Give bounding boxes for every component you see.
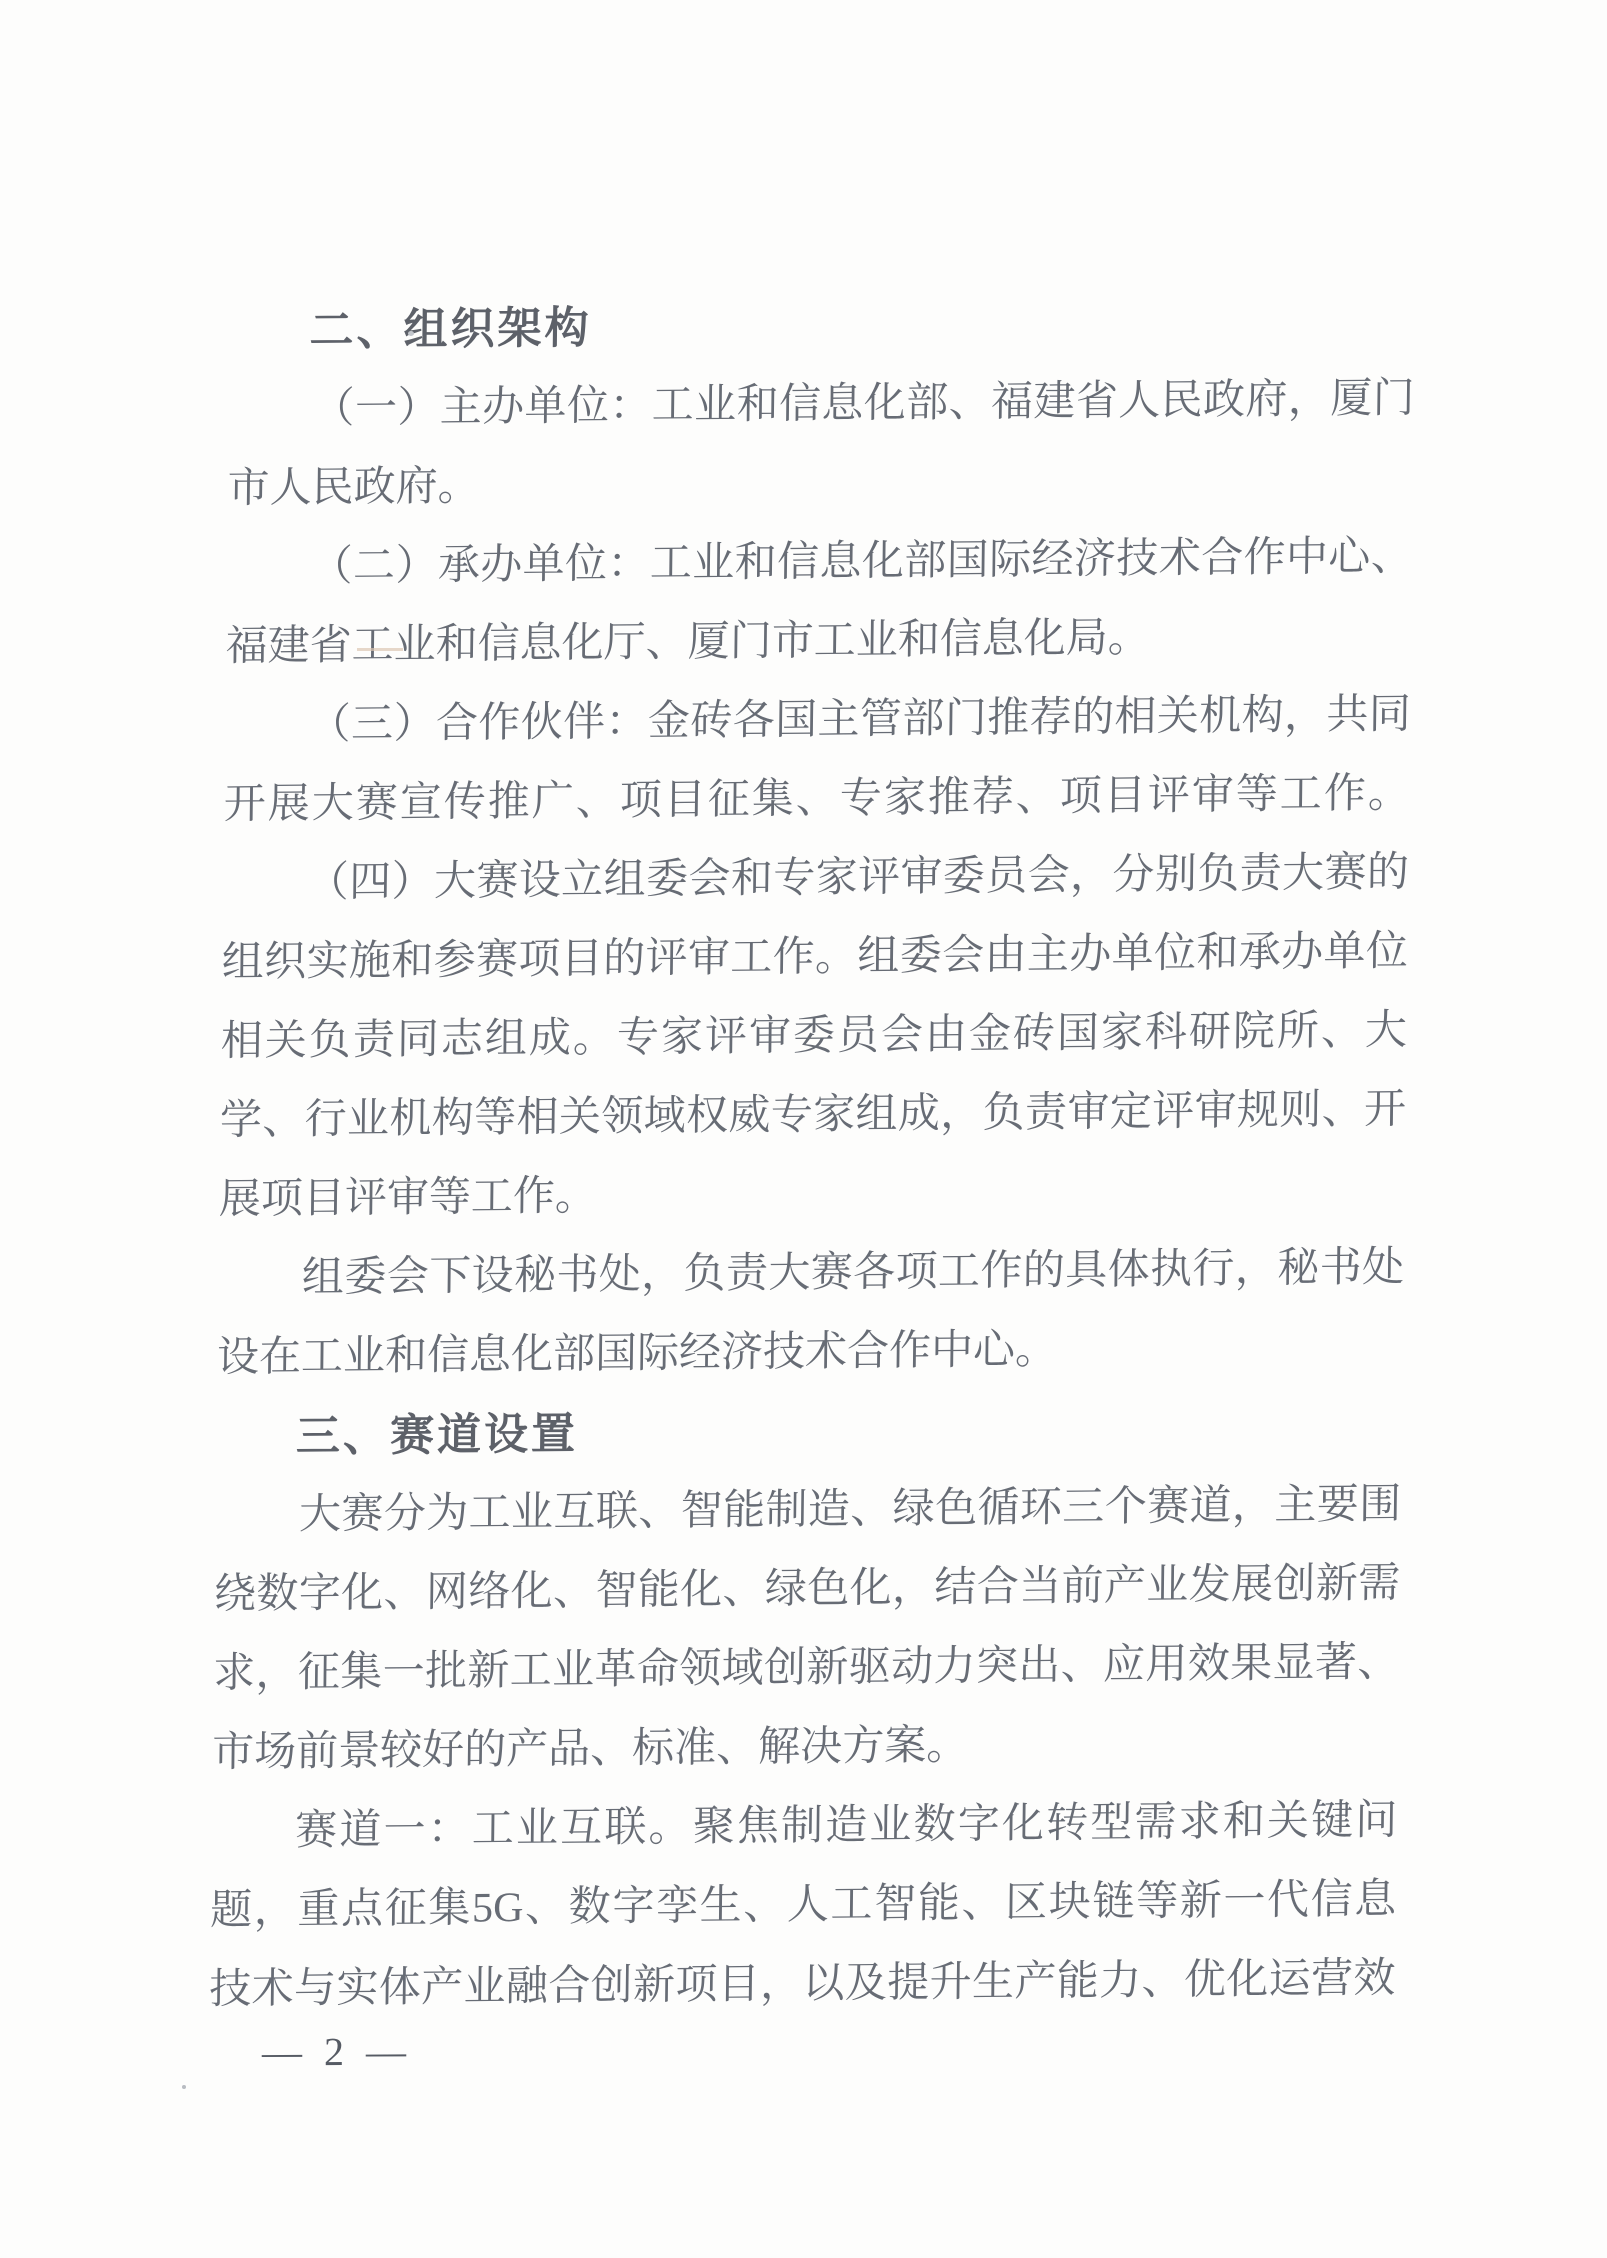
- text-line: 组织实施和参赛项目的评审工作。组委会由主办单位和承办单位: [221, 913, 1408, 1003]
- text-line: 市场前景较好的产品、标准、解决方案。: [212, 1703, 1399, 1793]
- document-body: 二、组织架构（一）主办单位：工业和信息化部、福建省人民政府，厦门市人民政府。（二…: [209, 281, 1416, 2030]
- text-line: 求，征集一批新工业革命领域创新驱动力突出、应用效果显著、: [213, 1624, 1400, 1714]
- scan-artifact-dot: [182, 2085, 186, 2089]
- text-line: 市人民政府。: [227, 439, 1414, 529]
- text-line: （二）承办单位：工业和信息化部国际经济技术合作中心、: [226, 518, 1413, 608]
- text-line: 赛道一：工业互联。聚焦制造业数字化转型需求和关键问: [211, 1782, 1398, 1872]
- section-heading: 三、赛道设置: [216, 1387, 1403, 1477]
- text-line: 设在工业和信息化部国际经济技术合作中心。: [216, 1308, 1403, 1398]
- text-line: 组委会下设秘书处，负责大赛各项工作的具体执行，秘书处: [217, 1229, 1404, 1319]
- text-line: 学、行业机构等相关领域权威专家组成，负责审定评审规则、开: [219, 1071, 1406, 1161]
- text-line: （三）合作伙伴：金砖各国主管部门推荐的相关机构，共同: [224, 676, 1411, 766]
- text-line: （四）大赛设立组委会和专家评审委员会，分别负责大赛的: [222, 834, 1409, 924]
- page-number: — 2 —: [262, 2028, 412, 2076]
- text-line: 福建省工业和信息化厅、厦门市工业和信息化局。: [225, 597, 1412, 687]
- text-line: （一）主办单位：工业和信息化部、福建省人民政府，厦门: [228, 360, 1415, 450]
- text-line: 相关负责同志组成。专家评审委员会由金砖国家科研院所、大: [220, 992, 1407, 1082]
- text-line: 开展大赛宣传推广、项目征集、专家推荐、项目评审等工作。: [223, 755, 1410, 845]
- text-line: 题，重点征集5G、数字孪生、人工智能、区块链等新一代信息: [210, 1861, 1397, 1951]
- scan-artifact-dot: [408, 331, 414, 336]
- text-line: 技术与实体产业融合创新项目，以及提升生产能力、优化运营效: [209, 1940, 1396, 2030]
- text-line: 展项目评审等工作。: [218, 1150, 1405, 1240]
- section-heading: 二、组织架构: [229, 281, 1416, 371]
- text-line: 大赛分为工业互联、智能制造、绿色循环三个赛道，主要围: [215, 1466, 1402, 1556]
- text-line: 绕数字化、网络化、智能化、绿色化，结合当前产业发展创新需: [214, 1545, 1401, 1635]
- scan-artifact-smudge: [357, 648, 403, 651]
- scanned-document-page: 二、组织架构（一）主办单位：工业和信息化部、福建省人民政府，厦门市人民政府。（二…: [0, 0, 1607, 2258]
